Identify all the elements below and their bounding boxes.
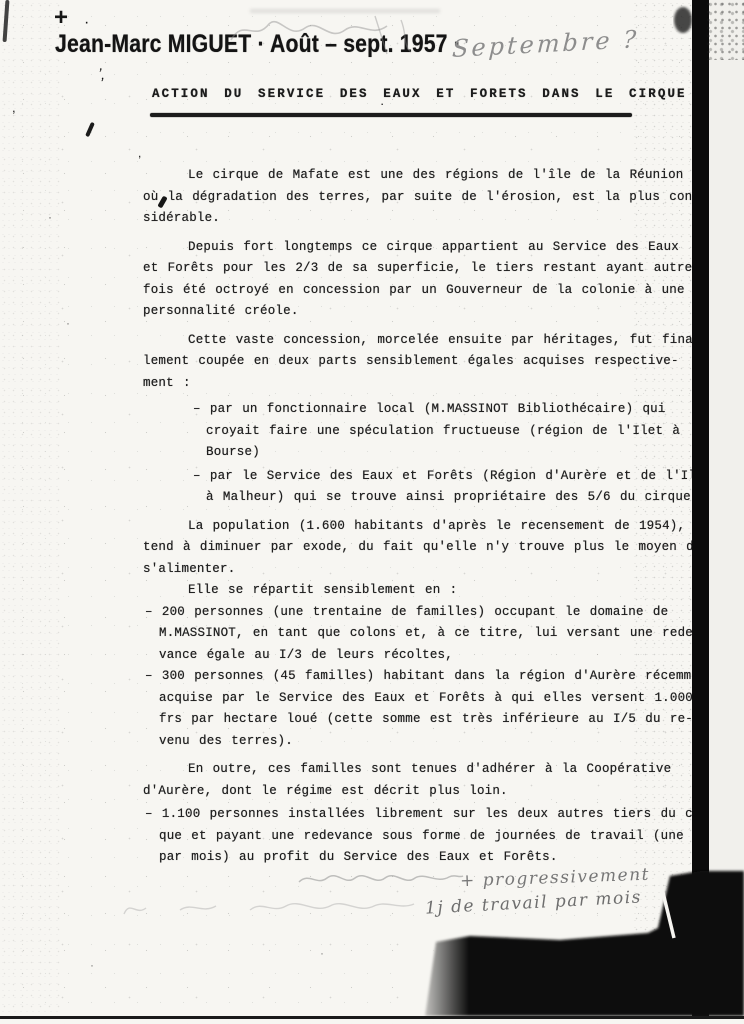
text-line: – 300 personnes (45 familles) habitant d… xyxy=(145,666,683,688)
text-line: sidérable. xyxy=(143,208,683,230)
title-underline xyxy=(150,113,632,117)
footer-scribble-1 xyxy=(295,866,465,892)
document-title: ACTION DU SERVICE DES EAUX ET FORETS DAN… xyxy=(152,87,744,101)
text-line: La population (1.600 habitants d'après l… xyxy=(188,516,683,538)
text-line: croyait faire une spéculation fructueuse… xyxy=(206,421,683,443)
text-line: lement coupée en deux parts sensiblement… xyxy=(143,351,683,373)
typed-body: Le cirque de Mafate est une des régions … xyxy=(143,165,683,869)
text-line: frs par hectare loué (cette somme est tr… xyxy=(159,709,683,731)
page-corner-crease xyxy=(659,876,674,938)
ink-mark: , xyxy=(138,146,141,160)
text-line: venu des terres). xyxy=(159,731,683,753)
ink-dot: · xyxy=(320,946,324,960)
text-line: Bourse) xyxy=(206,442,683,464)
scan-smear xyxy=(250,9,440,13)
ink-dot: · xyxy=(90,958,94,972)
text-line: Elle se répartit sensiblement en : xyxy=(188,580,683,602)
scan-smudge-top-right xyxy=(674,7,692,33)
text-line: ment : xyxy=(143,373,683,395)
handwritten-month-annotation: Septembre ? xyxy=(451,25,639,63)
header-author-date-line: Jean-Marc MIGUET · Août – sept. 1957 · xyxy=(55,30,461,59)
ink-dot: · xyxy=(66,316,70,330)
text-line: d'Aurère, dont le régime est décrit plus… xyxy=(143,781,683,803)
text-line: personnalité créole. xyxy=(143,301,683,323)
text-line: et Forêts pour les 2/3 de sa superficie,… xyxy=(143,258,683,280)
page-edge-shadow-band xyxy=(692,0,709,1016)
footer-scribble-2 xyxy=(120,892,420,922)
text-line: Cette vaste concession, morcelée ensuite… xyxy=(188,330,683,352)
text-line: vance égale au I/3 de leurs récoltes, xyxy=(159,645,683,667)
scanned-document-page: Jean-Marc MIGUET · Août – sept. 1957 · S… xyxy=(0,0,744,1024)
ink-mark xyxy=(85,122,95,137)
author-name: Jean-Marc MIGUET xyxy=(55,30,251,58)
text-line: Depuis fort longtemps ce cirque appartie… xyxy=(188,237,683,259)
text-line: – par le Service des Eaux et Forêts (Rég… xyxy=(193,466,683,488)
handwritten-note-1: + progressivement xyxy=(460,865,651,892)
scan-bottom-rule xyxy=(0,1016,744,1019)
plus-mark: + xyxy=(54,4,68,32)
date-range: · Août – sept. 1957 · xyxy=(251,30,461,58)
scan-edge-streak xyxy=(3,0,10,42)
text-line: M.MASSINOT, en tant que colons et, à ce … xyxy=(159,623,683,645)
text-line: acquise par le Service des Eaux et Forêt… xyxy=(159,688,683,710)
text-line: fois été octroyé en concession par un Go… xyxy=(143,280,683,302)
text-line: que et payant une redevance sous forme d… xyxy=(159,826,683,848)
text-line: où la dégradation des terres, par suite … xyxy=(143,187,683,209)
corner-shadow-fade xyxy=(412,936,472,1016)
text-line: – par un fonctionnaire local (M.MASSINOT… xyxy=(193,399,683,421)
ink-mark: ’, xyxy=(96,65,107,83)
text-line: Le cirque de Mafate est une des régions … xyxy=(188,165,683,187)
scanner-background-right xyxy=(709,0,744,1016)
scan-corner-mottle xyxy=(705,0,744,60)
ink-mark: , xyxy=(12,100,16,115)
ink-mark: · xyxy=(48,210,52,224)
text-line: En outre, ces familles sont tenues d'adh… xyxy=(188,759,683,781)
text-line: – 200 personnes (une trentaine de famill… xyxy=(145,602,683,624)
text-line: tend à diminuer par exode, du fait qu'el… xyxy=(143,537,683,559)
handwritten-note-2: 1j de travail par mois xyxy=(425,887,643,918)
text-line: à Malheur) qui se trouve ainsi propriéta… xyxy=(206,487,683,509)
scan-noise-left xyxy=(0,0,60,1016)
text-line: – 1.100 personnes installées librement s… xyxy=(145,804,683,826)
text-line: s'alimenter. xyxy=(143,559,683,581)
